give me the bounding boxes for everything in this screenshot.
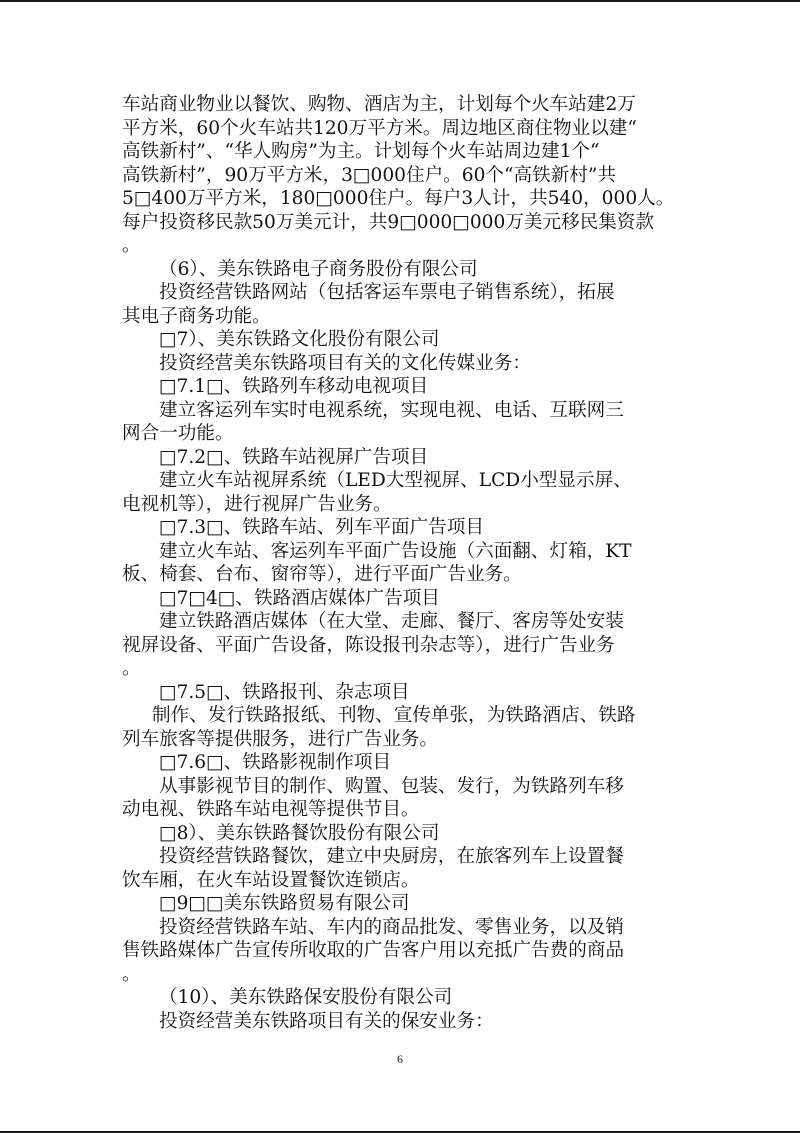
subsection-heading: □7.2□、铁路车站视屏广告项目 <box>122 446 682 470</box>
page-top-border <box>0 0 800 2</box>
subsection-heading: □7□4□、铁路酒店媒体广告项目 <box>122 587 682 611</box>
subsection-heading: □7.1□、铁路列车移动电视项目 <box>122 375 682 399</box>
text-line: 高铁新村”，90万平方米，3□000住户。60个“高铁新村”共 <box>122 164 682 188</box>
document-body: 车站商业物业以餐饮、购物、酒店为主，计划每个火车站建2万 平方米，60个火车站共… <box>122 93 682 1033</box>
text-line: 平方米，60个火车站共120万平方米。周边地区商住物业以建“ <box>122 117 682 141</box>
text-line: 建立客运列车实时电视系统，实现电视、电话、互联网三 <box>122 399 682 423</box>
section-heading: □8）、美东铁路餐饮股份有限公司 <box>122 822 682 846</box>
text-line: 高铁新村”、“华人购房”为主。计划每个火车站周边建1个“ <box>122 140 682 164</box>
text-line: 每户投资移民款50万美元计，共9□000□000万美元移民集资款 <box>122 211 682 235</box>
text-line: 视屏设备、平面广告设备，陈设报刊杂志等），进行广告业务 <box>122 634 682 658</box>
section-heading: （6）、美东铁路电子商务股份有限公司 <box>122 258 682 282</box>
text-line: 投资经营美东铁路项目有关的保安业务： <box>122 1010 682 1034</box>
subsection-heading: □7.6□、铁路影视制作项目 <box>122 751 682 775</box>
text-line: 制作、发行铁路报纸、刊物、宣传单张，为铁路酒店、铁路 <box>122 704 682 728</box>
section-heading: □9□□美东铁路贸易有限公司 <box>122 892 682 916</box>
text-line: 车站商业物业以餐饮、购物、酒店为主，计划每个火车站建2万 <box>122 93 682 117</box>
page-number: 6 <box>0 1052 800 1067</box>
text-line: 投资经营美东铁路项目有关的文化传媒业务： <box>122 352 682 376</box>
text-line: 网合一功能。 <box>122 422 682 446</box>
text-line: 板、椅套、台布、窗帘等），进行平面广告业务。 <box>122 563 682 587</box>
text-line: 投资经营铁路车站、车内的商品批发、零售业务，以及销 <box>122 916 682 940</box>
subsection-heading: □7.3□、铁路车站、列车平面广告项目 <box>122 516 682 540</box>
text-line: 建立火车站视屏系统（LED大型视屏、LCD小型显示屏、 <box>122 469 682 493</box>
text-line: 从事影视节目的制作、购置、包装、发行，为铁路列车移 <box>122 775 682 799</box>
text-line: 。 <box>122 657 682 681</box>
text-line: 动电视、铁路车站电视等提供节目。 <box>122 798 682 822</box>
text-line: 售铁路媒体广告宣传所收取的广告客户用以充抵广告费的商品 <box>122 939 682 963</box>
subsection-heading: □7.5□、铁路报刊、杂志项目 <box>122 681 682 705</box>
text-line: 建立铁路酒店媒体（在大堂、走廊、餐厅、客房等处安装 <box>122 610 682 634</box>
text-line: 其电子商务功能。 <box>122 305 682 329</box>
section-heading: （10）、美东铁路保安股份有限公司 <box>122 986 682 1010</box>
section-heading: □7）、美东铁路文化股份有限公司 <box>122 328 682 352</box>
text-line: 投资经营铁路网站（包括客运车票电子销售系统），拓展 <box>122 281 682 305</box>
text-line: 列车旅客等提供服务，进行广告业务。 <box>122 728 682 752</box>
text-line: 。 <box>122 234 682 258</box>
text-line: 建立火车站、客运列车平面广告设施（六面翻、灯箱，KT <box>122 540 682 564</box>
text-line: 。 <box>122 963 682 987</box>
text-line: 电视机等），进行视屏广告业务。 <box>122 493 682 517</box>
text-line: 5□400万平方米，180□000住户。每户3人计，共540，000人。 <box>122 187 682 211</box>
text-line: 投资经营铁路餐饮，建立中央厨房，在旅客列车上设置餐 <box>122 845 682 869</box>
text-line: 饮车厢，在火车站设置餐饮连锁店。 <box>122 869 682 893</box>
